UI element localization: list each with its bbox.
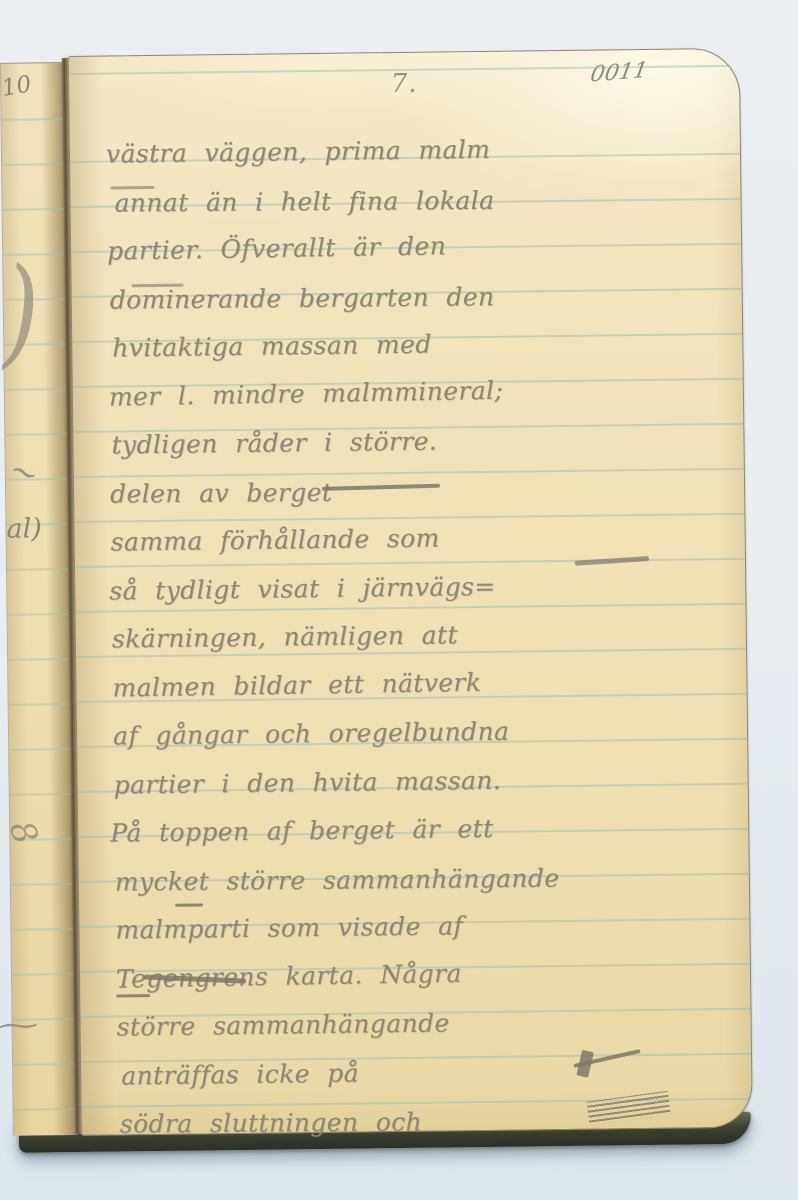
handwriting-line: anträffas icke på: [121, 1044, 734, 1100]
handwriting-line: så tydligt visat i järnvägs=: [109, 560, 728, 616]
pencil-overbar-mark: [110, 186, 154, 190]
handwriting-line: af gångar och oregelbundna: [113, 705, 730, 761]
handwriting-line: På toppen af berget är ett: [110, 802, 731, 858]
handwriting-line: mycket större sammanhängande: [115, 853, 731, 907]
handwriting-line: mer l. mindre malmmineral;: [109, 362, 726, 421]
handwriting-line: dominerande bergarten den: [110, 271, 724, 325]
page-edge-fragment: ~: [4, 451, 44, 494]
notebook: 10 ) ~ al) 8 ~ 7. 0011 västra väggen, pr…: [0, 47, 798, 1177]
archive-number: 0011: [589, 58, 650, 88]
underline-mark: [175, 903, 203, 906]
facing-page-number: 10: [0, 73, 33, 101]
notebook-page: 7. 0011 västra väggen, prima malm annat …: [68, 48, 753, 1136]
pencil-overbar-mark: [132, 284, 184, 288]
handwriting-line: västra väggen, prima malm: [106, 123, 723, 179]
underline-mark: [116, 994, 150, 997]
page-edge-fragment: ): [2, 251, 40, 369]
handwriting-line: delen av berget: [110, 465, 726, 518]
page-edge-fragment: ~: [0, 1011, 43, 1040]
handwriting-line: partier i den hvita massan.: [113, 753, 730, 809]
page-edge-fragment: al): [6, 515, 42, 542]
page-edge-fragment: 8: [3, 817, 42, 848]
handwriting-line: Tegengrens karta. Några: [116, 945, 733, 1004]
handwriting-line: tydligen råder i större.: [111, 414, 726, 470]
scan-background: { "page": { "number": "7.", "archive_num…: [0, 0, 798, 1200]
handwriting-line: partier. Öfverallt är den: [107, 218, 724, 276]
handwriting-line: malmen bildar ett nätverk: [112, 654, 729, 712]
handwriting-block: västra väggen, prima malm annat än i hel…: [106, 123, 734, 1149]
handwriting-line: större sammanhängande: [116, 996, 733, 1052]
